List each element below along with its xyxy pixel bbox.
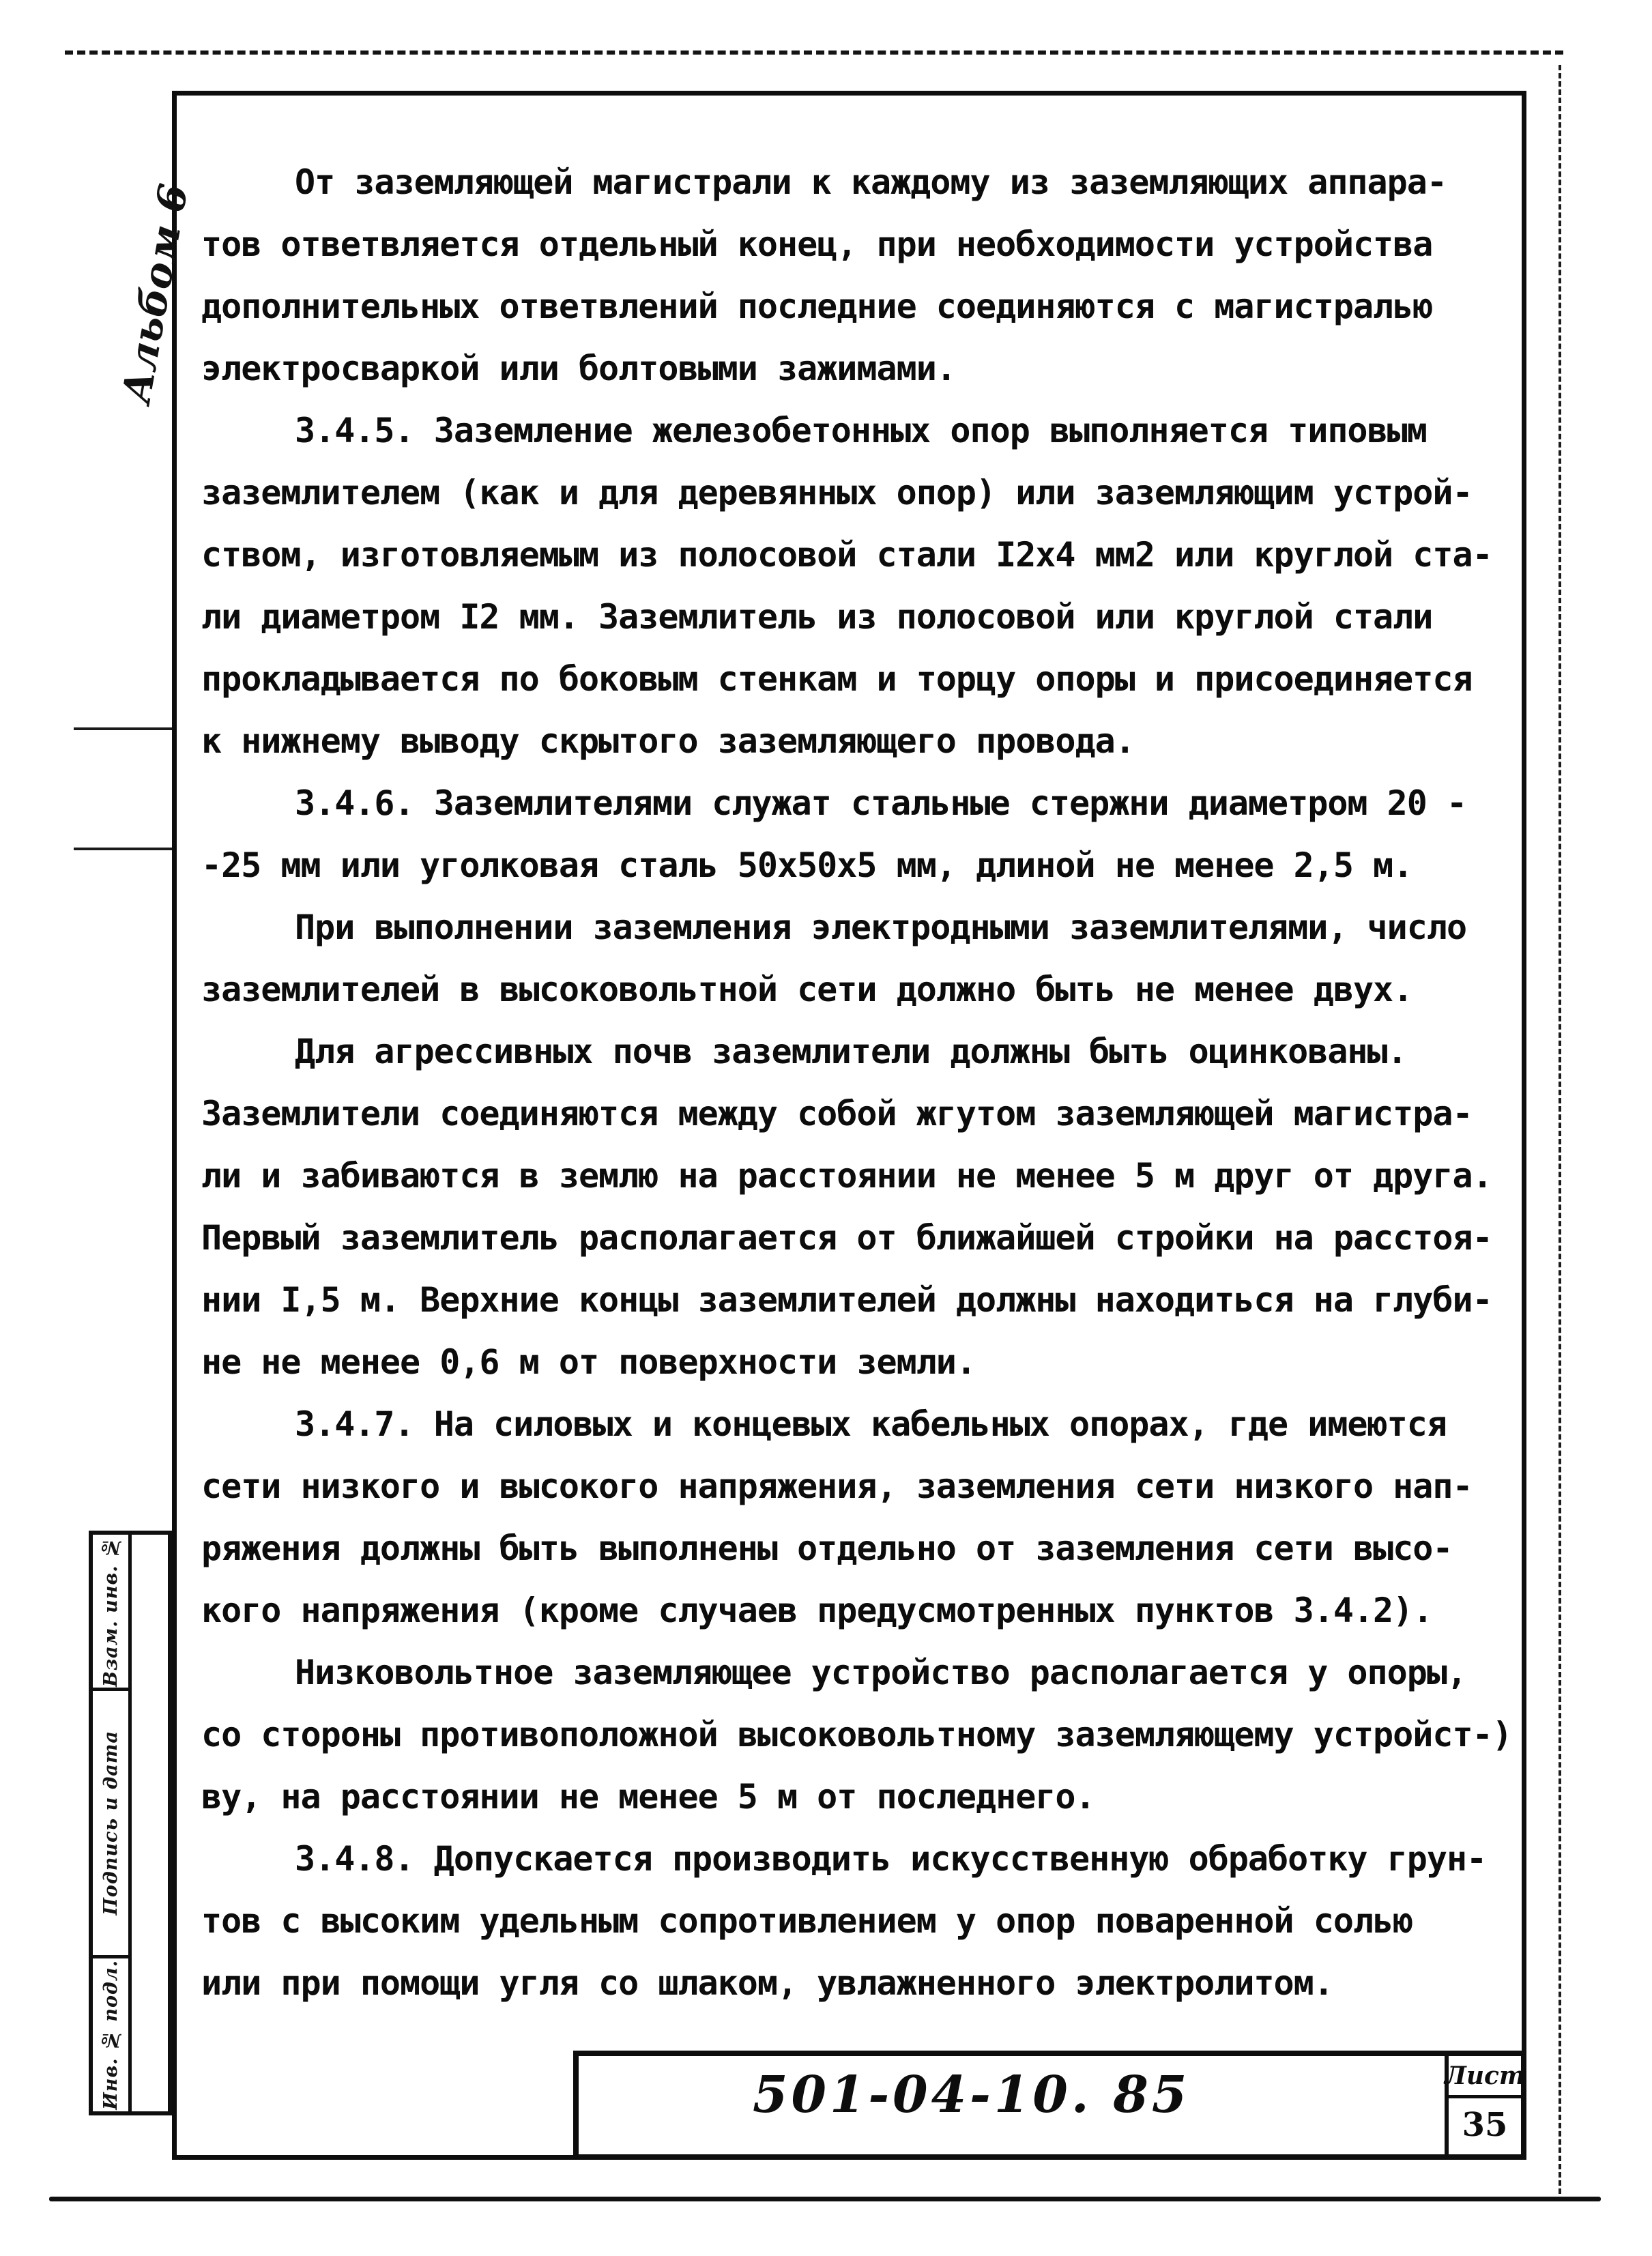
stamp-cell-inv-podl: Инв. № подл. <box>93 1958 128 2111</box>
stamp-cell-vzam-inv: Взам. инв. № <box>93 1535 128 1691</box>
text-line: ли и забиваются в землю на расстоянии не… <box>201 1145 1573 1207</box>
text-line: Первый заземлитель располагается от ближ… <box>201 1207 1573 1269</box>
text-line: прокладывается по боковым стенкам и торц… <box>201 648 1573 710</box>
text-line: нии I,5 м. Верхние концы заземлителей до… <box>201 1269 1573 1331</box>
text-line: При выполнении заземления электродными з… <box>201 897 1573 959</box>
text-line: сети низкого и высокого напряжения, зазе… <box>201 1456 1573 1518</box>
text-line: тов ответвляется отдельный конец, при не… <box>201 214 1573 276</box>
text-line: -25 мм или уголковая сталь 50х50х5 мм, д… <box>201 835 1573 897</box>
text-line: Низковольтное заземляющее устройство рас… <box>201 1642 1573 1704</box>
left-margin-tick <box>74 848 173 850</box>
text-line: заземлителем (как и для деревянных опор)… <box>201 462 1573 524</box>
document-text: От заземляющей магистрали к каждому из з… <box>201 151 1573 2014</box>
text-line: Заземлители соединяются между собой жгут… <box>201 1083 1573 1145</box>
sheet-number: 35 <box>1449 2098 1521 2151</box>
text-line: ряжения должны быть выполнены отдельно о… <box>201 1518 1573 1580</box>
text-line: не не менее 0,6 м от поверхности земли. <box>201 1331 1573 1393</box>
text-line: со стороны противоположной высоковольтно… <box>201 1704 1573 1766</box>
text-line: 3.4.8. Допускается производить искусстве… <box>201 1828 1573 1890</box>
stamp-cell-podpis-data: Подпись и дата <box>93 1691 128 1958</box>
text-line: кого напряжения (кроме случаев предусмот… <box>201 1580 1573 1642</box>
text-line: электросваркой или болтовыми зажимами. <box>201 338 1573 400</box>
stamp-cell-label: Инв. № подл. <box>100 1960 121 2110</box>
document-number: 501-04-10. 85 <box>753 2066 1190 2124</box>
text-line: дополнительных ответвлений последние сое… <box>201 276 1573 338</box>
left-stamp-column: Взам. инв. № Подпись и дата Инв. № подл. <box>89 1531 172 2115</box>
title-block: 501-04-10. 85 Лист 35 <box>573 2051 1526 2160</box>
sheet-label: Лист <box>1449 2056 1521 2098</box>
text-line: заземлителей в высоковольтной сети должн… <box>201 959 1573 1021</box>
text-line: От заземляющей магистрали к каждому из з… <box>201 151 1573 214</box>
text-line: к нижнему выводу скрытого заземляющего п… <box>201 710 1573 772</box>
scanned-document-page: Альбом 6 Взам. инв. № Подпись и дата Инв… <box>0 0 1652 2256</box>
sheet-cell: Лист 35 <box>1445 2056 1521 2154</box>
stamp-cell-label: Подпись и дата <box>100 1731 121 1915</box>
text-line: ством, изготовляемым из полосовой стали … <box>201 524 1573 586</box>
text-line: 3.4.5. Заземление железобетонных опор вы… <box>201 400 1573 462</box>
text-line: 3.4.6. Заземлителями служат стальные сте… <box>201 772 1573 835</box>
left-margin-tick <box>74 727 173 730</box>
stamp-cell-label: Взам. инв. № <box>100 1536 121 1687</box>
text-line: Для агрессивных почв заземлители должны … <box>201 1021 1573 1083</box>
stamp-column-divider <box>128 1535 132 2111</box>
page-bottom-rule <box>49 2197 1601 2201</box>
page-top-dashed-edge <box>65 50 1563 55</box>
text-line: ву, на расстоянии не менее 5 м от послед… <box>201 1766 1573 1828</box>
text-line: тов с высоким удельным сопротивлением у … <box>201 1890 1573 1952</box>
album-label-text: Альбом 6 <box>113 180 197 406</box>
text-line: 3.4.7. На силовых и концевых кабельных о… <box>201 1393 1573 1456</box>
text-line: или при помощи угля со шлаком, увлажненн… <box>201 1952 1573 2014</box>
text-line: ли диаметром I2 мм. Заземлитель из полос… <box>201 586 1573 648</box>
